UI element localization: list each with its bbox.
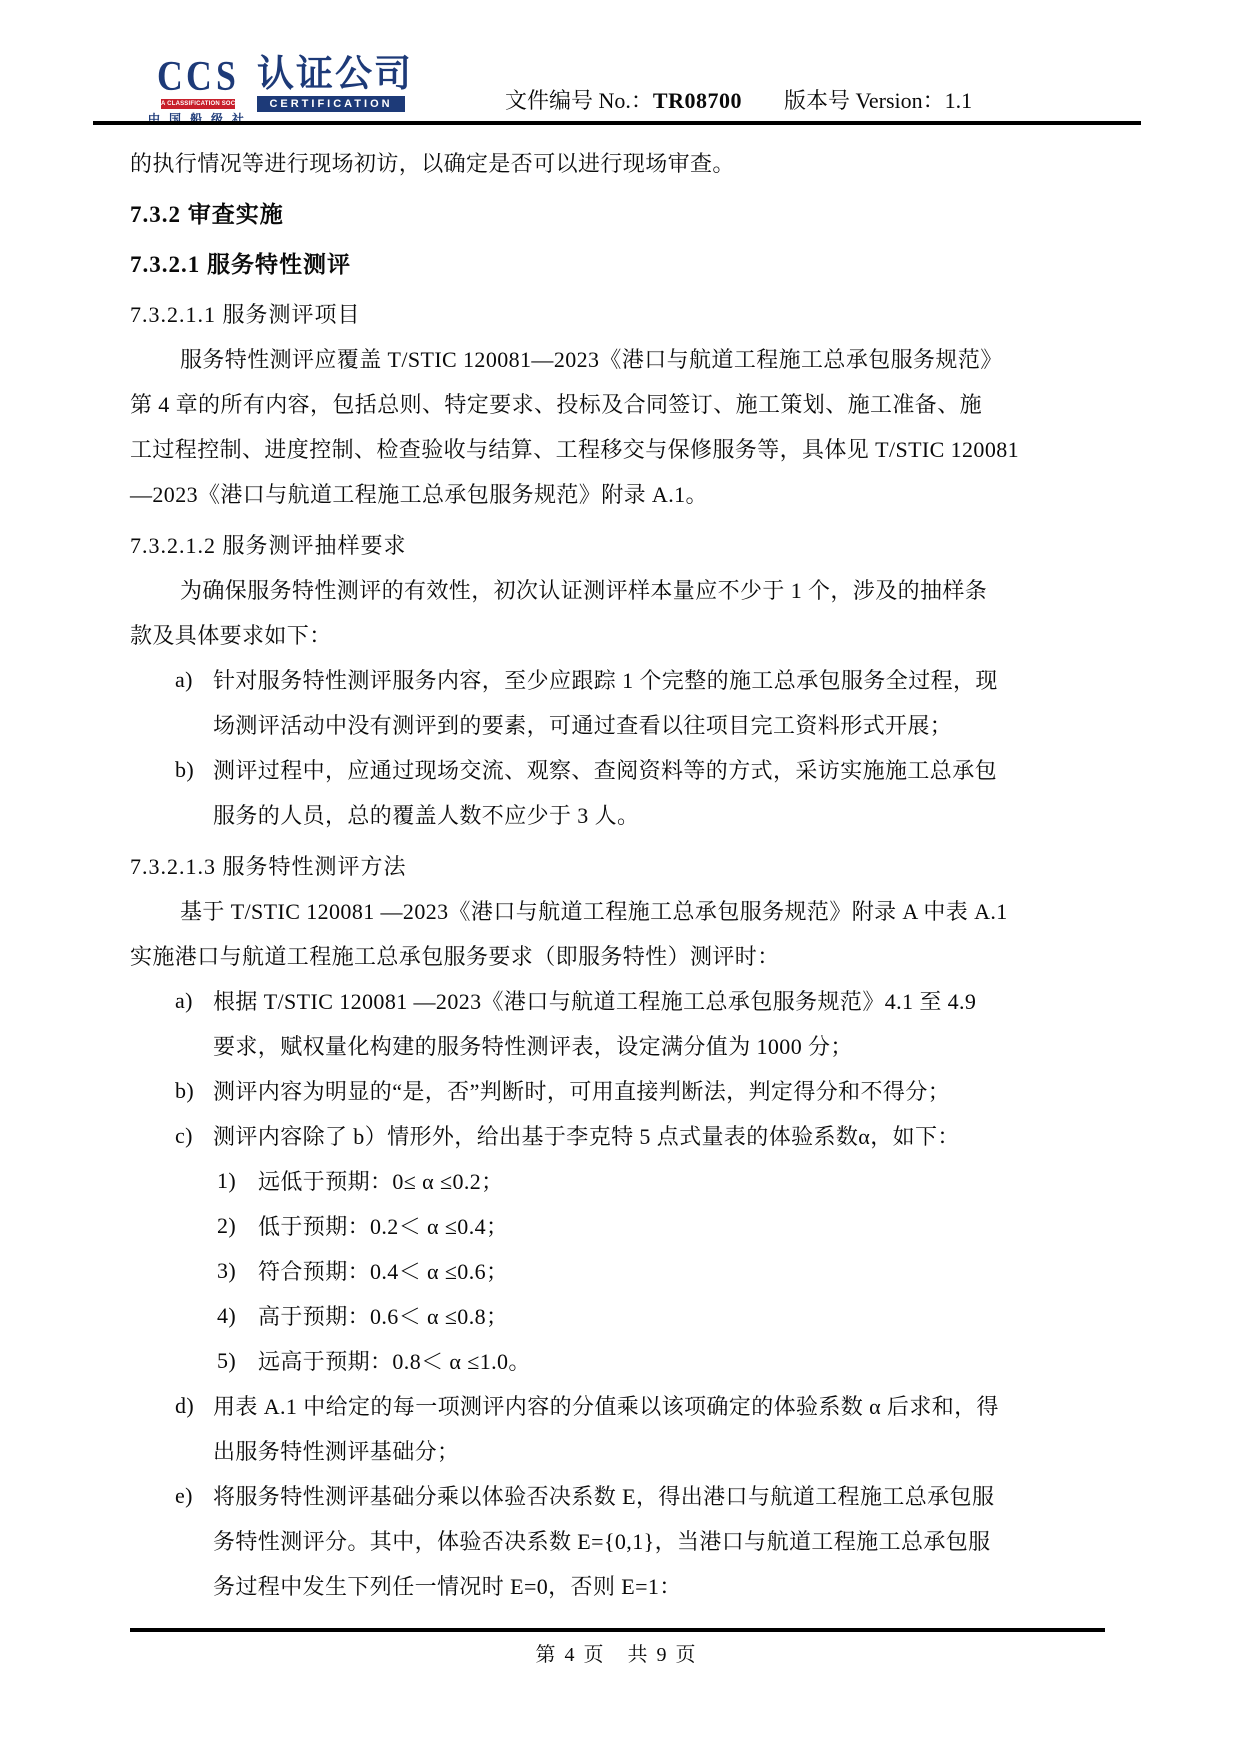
- ccs-logo: C C S CHINA CLASSIFICATION SOCIETY 中 国 船…: [148, 56, 413, 127]
- company-name-cn: 认证公司: [257, 56, 413, 93]
- text-line: b)测评过程中，应通过现场交流、观察、查阅资料等的方式，采访实施施工总承包: [130, 747, 1108, 792]
- list-marker: b): [175, 1078, 213, 1104]
- list-marker: 2): [217, 1213, 258, 1239]
- ccs-logo-right: 认证公司 CERTIFICATION: [257, 56, 413, 112]
- ccs-letter: C: [186, 56, 211, 98]
- text-line: 基于 T/STIC 120081 —2023《港口与航道工程施工总承包服务规范》…: [130, 888, 1108, 933]
- list-item-text: 测评内容除了 b）情形外，给出基于李克特 5 点式量表的体验系数α，如下：: [213, 1120, 960, 1151]
- list-item-text: 测评内容为明显的“是，否”判断时，可用直接判断法，判定得分和不得分；: [213, 1075, 950, 1106]
- text-line: a)根据 T/STIC 120081 —2023《港口与航道工程施工总承包服务规…: [130, 978, 1108, 1023]
- text-line: 5)远高于预期：0.8＜ α ≤1.0。: [130, 1338, 1108, 1383]
- text-line: —2023《港口与航道工程施工总承包服务规范》附录 A.1。: [130, 471, 1108, 516]
- ccs-logo-left: C C S CHINA CLASSIFICATION SOCIETY 中 国 船…: [148, 56, 247, 127]
- text-line: 3)符合预期：0.4＜ α ≤0.6；: [130, 1248, 1108, 1293]
- list-marker: 5): [217, 1348, 258, 1374]
- text-line: 款及具体要求如下：: [130, 612, 1108, 657]
- text-line: c)测评内容除了 b）情形外，给出基于李克特 5 点式量表的体验系数α，如下：: [130, 1113, 1108, 1158]
- list-item-text: 测评过程中，应通过现场交流、观察、查阅资料等的方式，采访实施施工总承包: [213, 754, 997, 785]
- text-line: e)将服务特性测评基础分乘以体验否决系数 E，得出港口与航道工程施工总承包服: [130, 1473, 1108, 1518]
- text-line: 务特性测评分。其中，体验否决系数 E={0,1}，当港口与航道工程施工总承包服: [130, 1518, 1108, 1563]
- list-item-text: 用表 A.1 中给定的每一项测评内容的分值乘以该项确定的体验系数 α 后求和，得: [213, 1390, 999, 1421]
- list-item-text: 远高于预期：0.8＜ α ≤1.0。: [258, 1345, 531, 1376]
- ccs-wordmark: C C S: [157, 56, 238, 98]
- list-marker: d): [175, 1393, 213, 1419]
- doc-number-value: TR08700: [653, 88, 742, 114]
- list-item-text: 将服务特性测评基础分乘以体验否决系数 E，得出港口与航道工程施工总承包服: [213, 1480, 994, 1511]
- text-line: 要求，赋权量化构建的服务特性测评表，设定满分值为 1000 分；: [130, 1023, 1108, 1068]
- header-divider: [93, 121, 1141, 125]
- text-line: 实施港口与航道工程施工总承包服务要求（即服务特性）测评时：: [130, 933, 1108, 978]
- list-marker: a): [175, 667, 213, 693]
- text-line: 服务特性测评应覆盖 T/STIC 120081—2023《港口与航道工程施工总承…: [130, 336, 1108, 381]
- text-line: 的执行情况等进行现场初访，以确定是否可以进行现场审查。: [130, 140, 1108, 185]
- text-line: 服务的人员，总的覆盖人数不应少于 3 人。: [130, 792, 1108, 837]
- text-line: b)测评内容为明显的“是，否”判断时，可用直接判断法，判定得分和不得分；: [130, 1068, 1108, 1113]
- list-marker: c): [175, 1123, 213, 1149]
- text-line: 务过程中发生下列任一情况时 E=0，否则 E=1：: [130, 1563, 1108, 1608]
- document-page: C C S CHINA CLASSIFICATION SOCIETY 中 国 船…: [0, 0, 1233, 1743]
- ccs-letter: S: [216, 56, 235, 98]
- text-line: 1)远低于预期：0≤ α ≤0.2；: [130, 1158, 1108, 1203]
- text-line: 第 4 章的所有内容，包括总则、特定要求、投标及合同签订、施工策划、施工准备、施: [130, 381, 1108, 426]
- ccs-letter: C: [157, 56, 182, 98]
- document-meta: 文件编号 No.：TR08700版本号 Version：1.1: [505, 84, 972, 115]
- page-number: 第 4 页 共 9 页: [0, 1638, 1233, 1667]
- page-header: C C S CHINA CLASSIFICATION SOCIETY 中 国 船…: [0, 0, 1233, 125]
- text-line: 2)低于预期：0.2＜ α ≤0.4；: [130, 1203, 1108, 1248]
- list-marker: 3): [217, 1258, 258, 1284]
- text-line: 4)高于预期：0.6＜ α ≤0.8；: [130, 1293, 1108, 1338]
- list-marker: 1): [217, 1168, 258, 1194]
- list-item-text: 远低于预期：0≤ α ≤0.2；: [258, 1165, 504, 1196]
- list-item-text: 低于预期：0.2＜ α ≤0.4；: [258, 1210, 508, 1241]
- certification-banner: CERTIFICATION: [257, 96, 405, 112]
- version-value: 1.1: [945, 88, 973, 114]
- list-item-text: 符合预期：0.4＜ α ≤0.6；: [258, 1255, 508, 1286]
- list-item-text: 高于预期：0.6＜ α ≤0.8；: [258, 1300, 508, 1331]
- list-marker: 4): [217, 1303, 258, 1329]
- section-heading: 7.3.2.1.2 服务测评抽样要求: [130, 522, 1108, 567]
- section-heading: 7.3.2.1 服务特性测评: [130, 240, 1108, 285]
- text-line: 出服务特性测评基础分；: [130, 1428, 1108, 1473]
- text-line: 工过程控制、进度控制、检查验收与结算、工程移交与保修服务等，具体见 T/STIC…: [130, 426, 1108, 471]
- list-item-text: 根据 T/STIC 120081 —2023《港口与航道工程施工总承包服务规范》…: [213, 985, 976, 1016]
- text-line: d)用表 A.1 中给定的每一项测评内容的分值乘以该项确定的体验系数 α 后求和…: [130, 1383, 1108, 1428]
- text-line: 场测评活动中没有测评到的要素，可通过查看以往项目完工资料形式开展；: [130, 702, 1108, 747]
- version-label: 版本号 Version：: [784, 84, 945, 115]
- document-body: 的执行情况等进行现场初访，以确定是否可以进行现场审查。7.3.2 审查实施7.3…: [130, 140, 1108, 1608]
- society-en-banner: CHINA CLASSIFICATION SOCIETY: [161, 99, 235, 109]
- footer-divider: [130, 1628, 1105, 1632]
- text-line: 为确保服务特性测评的有效性，初次认证测评样本量应不少于 1 个，涉及的抽样条: [130, 567, 1108, 612]
- section-heading: 7.3.2.1.3 服务特性测评方法: [130, 843, 1108, 888]
- text-line: a)针对服务特性测评服务内容，至少应跟踪 1 个完整的施工总承包服务全过程，现: [130, 657, 1108, 702]
- list-marker: b): [175, 757, 213, 783]
- list-marker: e): [175, 1483, 213, 1509]
- section-heading: 7.3.2 审查实施: [130, 190, 1108, 235]
- doc-number-label: 文件编号 No.：: [505, 84, 653, 115]
- list-marker: a): [175, 988, 213, 1014]
- list-item-text: 针对服务特性测评服务内容，至少应跟踪 1 个完整的施工总承包服务全过程，现: [213, 664, 998, 695]
- section-heading: 7.3.2.1.1 服务测评项目: [130, 291, 1108, 336]
